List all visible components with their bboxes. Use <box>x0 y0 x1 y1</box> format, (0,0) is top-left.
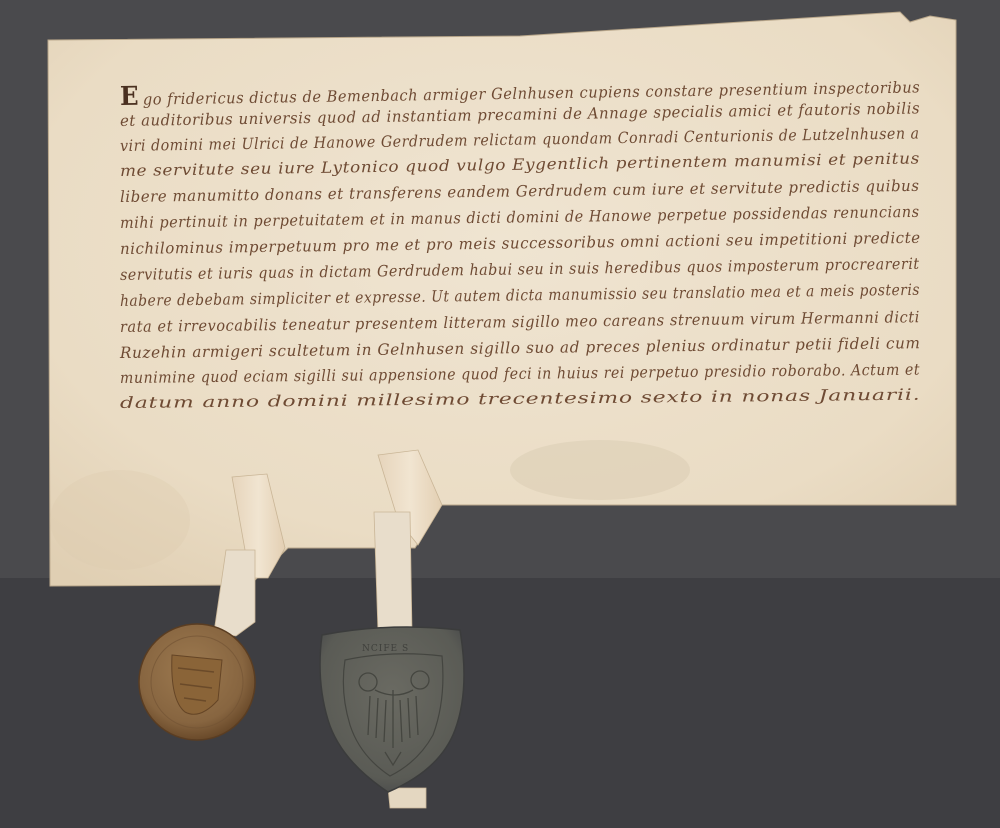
svg-text:NCIFE S: NCIFE S <box>362 644 409 654</box>
illuminated-initial: E <box>120 82 140 112</box>
